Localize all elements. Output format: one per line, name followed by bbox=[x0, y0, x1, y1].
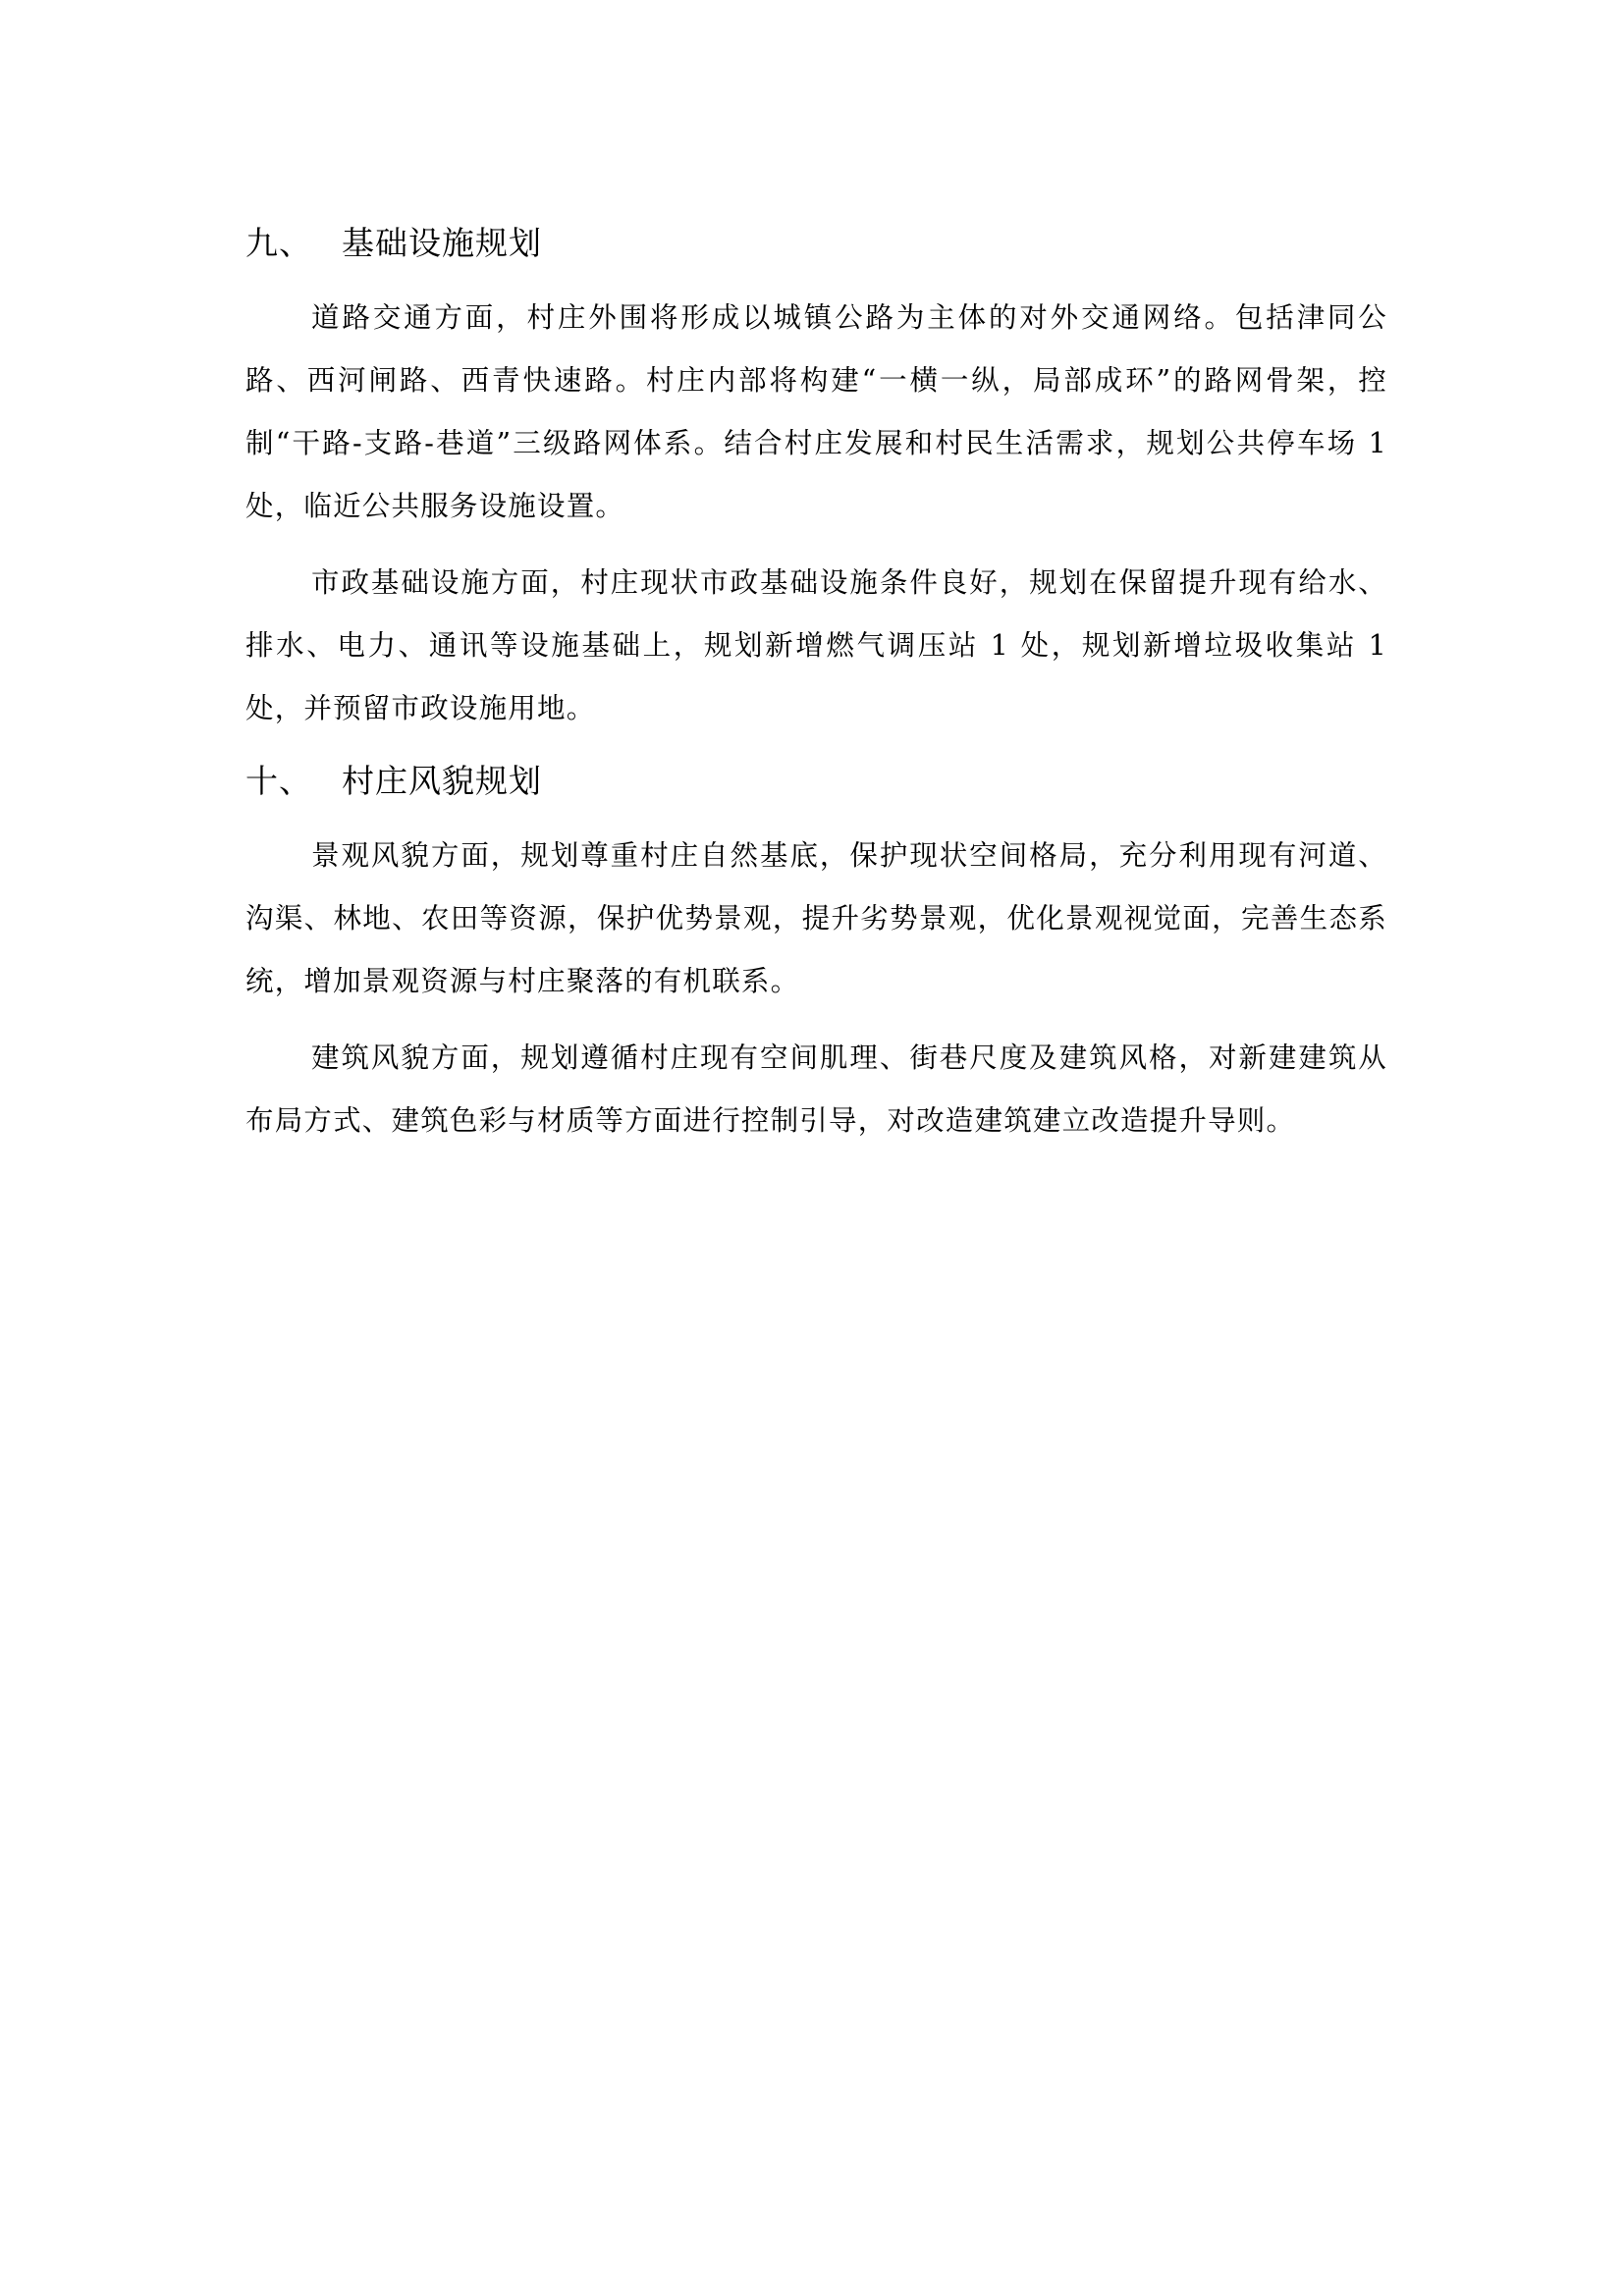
section-title: 基础设施规划 bbox=[342, 214, 542, 273]
section-number: 十、 bbox=[245, 752, 342, 811]
paragraph-architecture-style: 建筑风貌方面，规划遵循村庄现有空间肌理、街巷尺度及建筑风格，对新建建筑从布局方式… bbox=[245, 1027, 1387, 1152]
section-heading-village-style: 十、 村庄风貌规划 bbox=[245, 752, 1387, 811]
document-page: 九、 基础设施规划 道路交通方面，村庄外围将形成以城镇公路为主体的对外交通网络。… bbox=[0, 0, 1624, 2296]
section-number: 九、 bbox=[245, 214, 342, 273]
paragraph-road-traffic: 道路交通方面，村庄外围将形成以城镇公路为主体的对外交通网络。包括津同公路、西河闸… bbox=[245, 287, 1387, 538]
section-heading-infrastructure: 九、 基础设施规划 bbox=[245, 214, 1387, 273]
paragraph-landscape-style: 景观风貌方面，规划尊重村庄自然基底，保护现状空间格局，充分利用现有河道、沟渠、林… bbox=[245, 825, 1387, 1013]
paragraph-municipal-infrastructure: 市政基础设施方面，村庄现状市政基础设施条件良好，规划在保留提升现有给水、排水、电… bbox=[245, 552, 1387, 740]
section-title: 村庄风貌规划 bbox=[342, 752, 542, 811]
page-content: 九、 基础设施规划 道路交通方面，村庄外围将形成以城镇公路为主体的对外交通网络。… bbox=[245, 214, 1387, 1152]
